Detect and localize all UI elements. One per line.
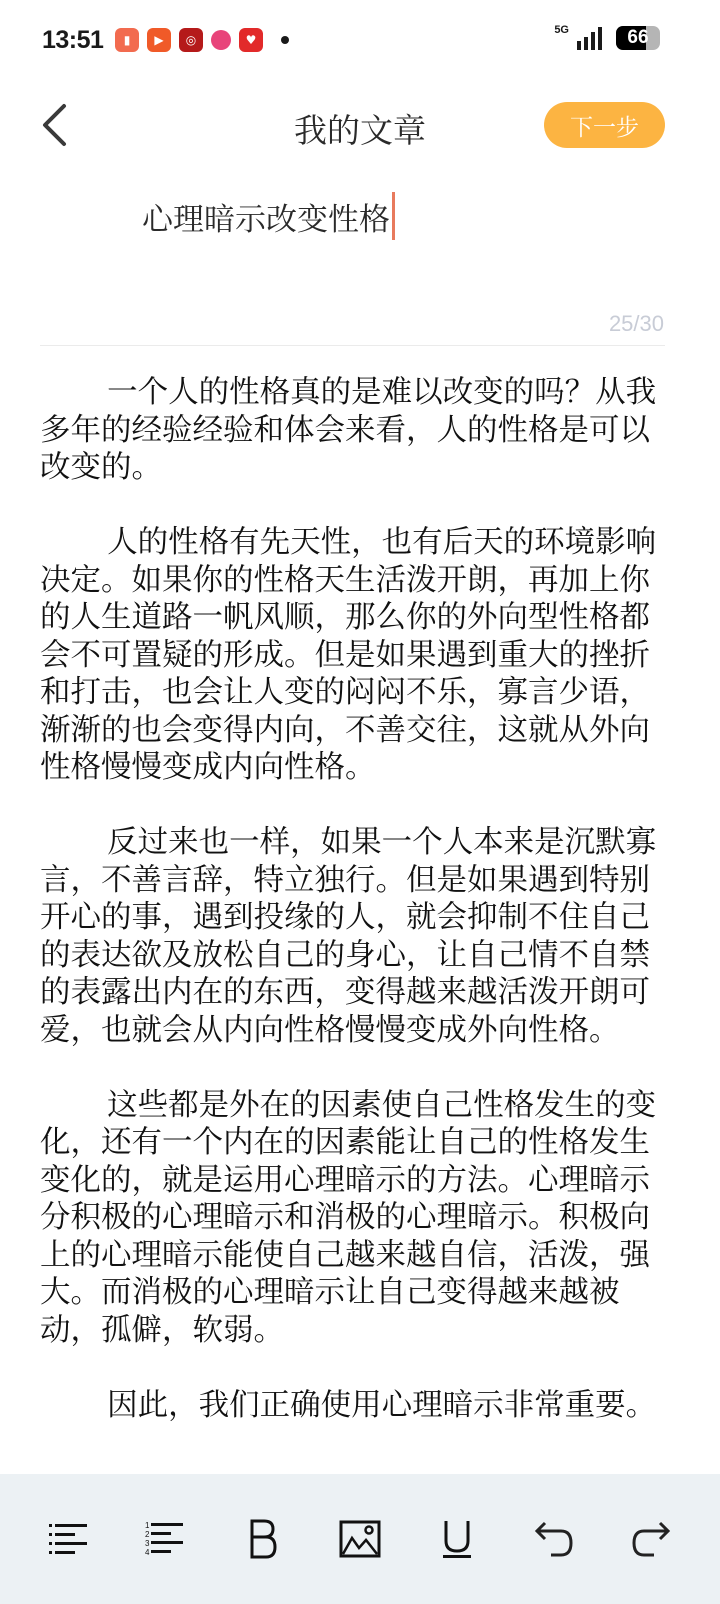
redo-button[interactable] [621, 1509, 681, 1569]
notification-icons: ▮ ▶ ◎ ♥ [115, 28, 289, 52]
redo-icon [630, 1519, 672, 1559]
underline-icon [441, 1519, 473, 1559]
battery-level: 66 [616, 26, 660, 50]
next-step-button[interactable]: 下一步 [544, 102, 665, 148]
undo-icon [533, 1519, 575, 1559]
network-type: 5G [554, 24, 569, 36]
paragraph: 一个人的性格真的是难以改变的吗？从我多年的经验经验和体会来看，人的性格是可以改变… [40, 374, 665, 487]
underline-button[interactable] [427, 1509, 487, 1569]
bank-app-icon: ◎ [179, 28, 203, 52]
image-icon [339, 1520, 381, 1558]
status-right: 5G 66 [554, 26, 660, 50]
paragraph: 反过来也一样，如果一个人本来是沉默寡言，不善言辞，特立独行。但是如果遇到特别开心… [40, 824, 665, 1049]
article-title-value: 心理暗示改变性格 [142, 194, 390, 239]
svg-text:3: 3 [145, 1539, 150, 1548]
text-caret [392, 192, 395, 240]
divider [40, 345, 665, 346]
bullet-list-icon [47, 1521, 91, 1557]
paragraph: 这些都是外在的因素使自己性格发生的变化，还有一个内在的因素能让自己的性格发生变化… [40, 1087, 665, 1350]
svg-text:2: 2 [145, 1530, 150, 1539]
more-notifications-icon [281, 36, 289, 44]
title-char-count: 25/30 [609, 311, 664, 337]
insert-image-button[interactable] [330, 1509, 390, 1569]
header: 我的文章 下一步 [0, 95, 720, 155]
bold-button[interactable] [233, 1509, 293, 1569]
battery-icon: 66 [616, 26, 660, 50]
heart-app-icon: ♥ [239, 28, 263, 52]
paragraph: 因此，我们正确使用心理暗示非常重要。 [40, 1387, 665, 1425]
article-body-editor[interactable]: 一个人的性格真的是难以改变的吗？从我多年的经验经验和体会来看，人的性格是可以改变… [40, 374, 665, 1462]
paragraph: 人的性格有先天性，也有后天的环境影响决定。如果你的性格天生活泼开朗，再加上你的人… [40, 524, 665, 787]
svg-text:1: 1 [145, 1521, 150, 1530]
bullet-list-button[interactable] [39, 1509, 99, 1569]
numbered-list-icon: 1 2 3 4 [144, 1520, 188, 1558]
bold-icon [248, 1519, 278, 1559]
app-icon-1: ▮ [115, 28, 139, 52]
signal-icon [577, 26, 602, 50]
chat-app-icon [211, 30, 231, 50]
status-time: 13:51 [42, 26, 103, 55]
video-app-icon: ▶ [147, 28, 171, 52]
formatting-toolbar: 1 2 3 4 [0, 1474, 720, 1604]
svg-text:4: 4 [145, 1548, 150, 1557]
numbered-list-button[interactable]: 1 2 3 4 [136, 1509, 196, 1569]
undo-button[interactable] [524, 1509, 584, 1569]
article-title-input[interactable]: 心理暗示改变性格 [40, 186, 665, 306]
status-bar: 13:51 ▮ ▶ ◎ ♥ 5G 66 [0, 0, 720, 80]
